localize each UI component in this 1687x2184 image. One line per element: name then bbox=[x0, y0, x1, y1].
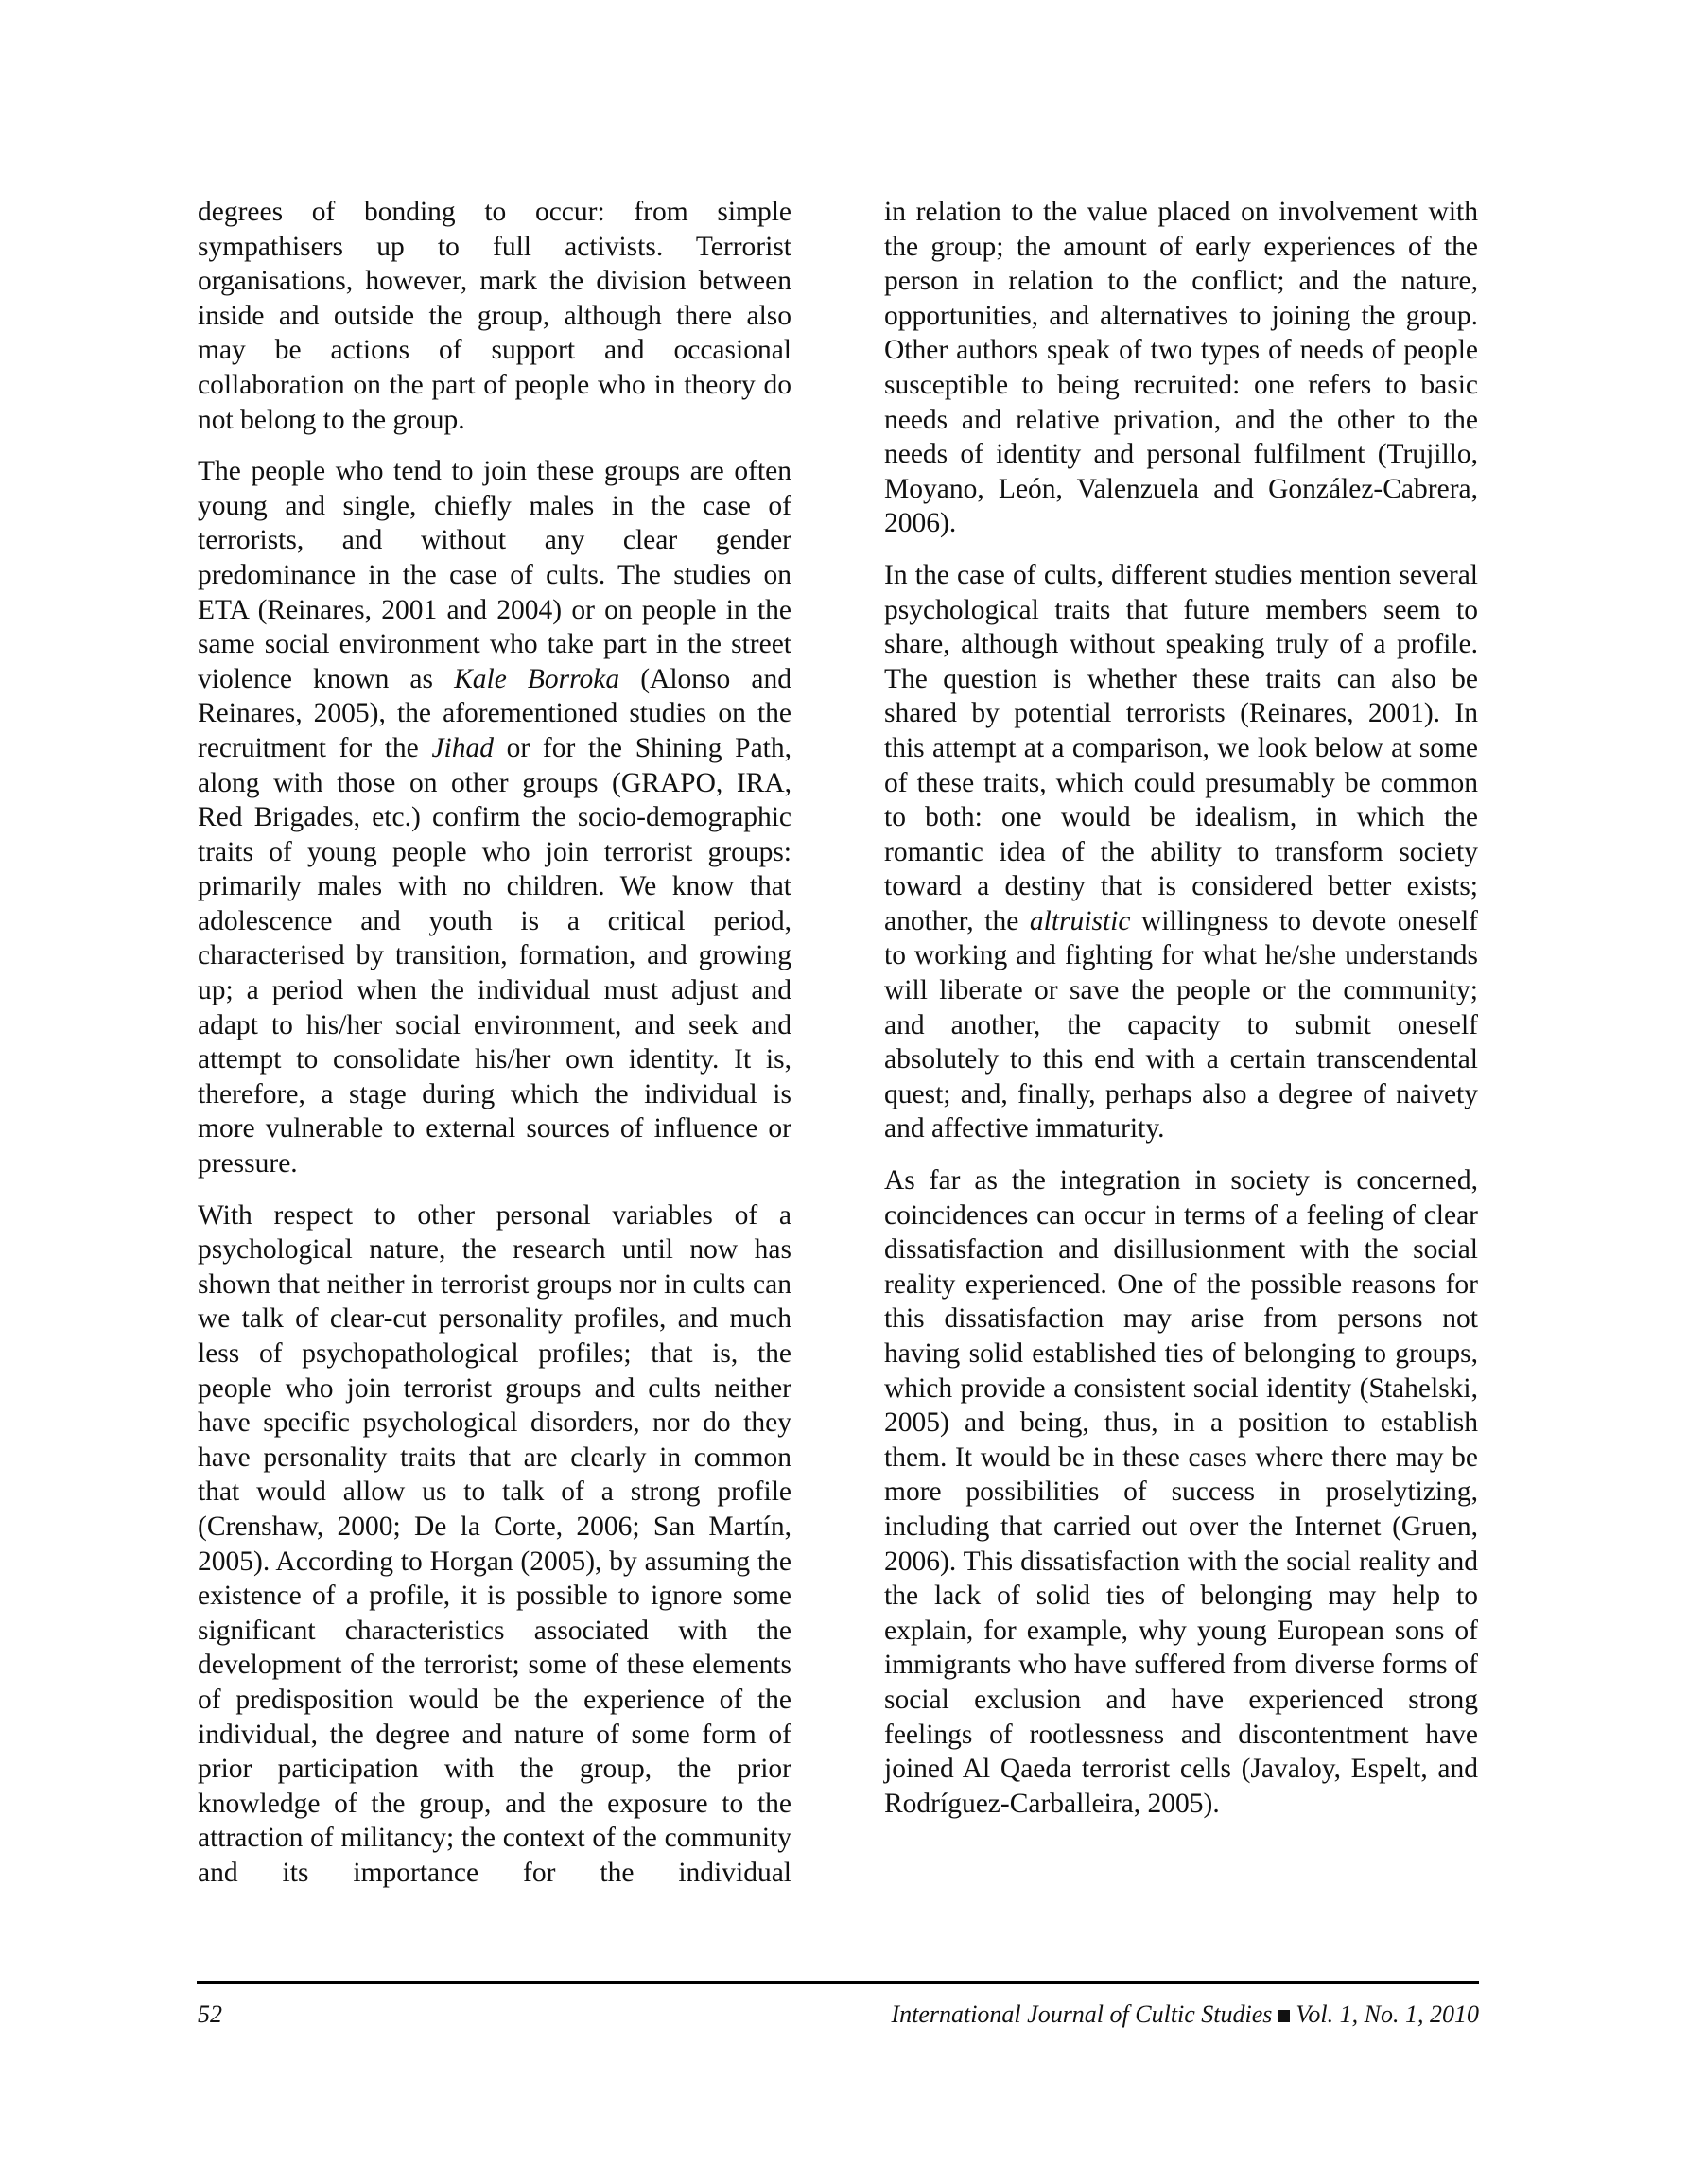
journal-citation: International Journal of Cultic StudiesV… bbox=[891, 2001, 1479, 2029]
paragraph: As far as the integration in society is … bbox=[884, 1163, 1478, 1821]
paragraph: in relation to the value placed on invol… bbox=[884, 195, 1478, 541]
journal-title: International Journal of Cultic Studies bbox=[891, 2001, 1272, 2028]
right-column: in relation to the value placed on invol… bbox=[884, 195, 1478, 1838]
page-number: 52 bbox=[198, 2001, 222, 2029]
square-separator-icon bbox=[1278, 2010, 1290, 2022]
italic-term: Kale Borroka bbox=[454, 664, 619, 694]
paragraph: In the case of cults, different studies … bbox=[884, 558, 1478, 1146]
left-column: degrees of bonding to occur: from simple… bbox=[198, 195, 791, 1908]
paragraph: The people who tend to join these groups… bbox=[198, 454, 791, 1180]
paragraph: degrees of bonding to occur: from simple… bbox=[198, 195, 791, 437]
italic-term: altruistic bbox=[1030, 906, 1131, 936]
italic-term: Jihad bbox=[431, 733, 494, 763]
paragraph-text: or for the Shining Path, along with thos… bbox=[198, 733, 791, 1179]
footer-rule bbox=[197, 1981, 1479, 1984]
paragraph-text: The people who tend to join these groups… bbox=[198, 456, 791, 694]
paragraph-text: In the case of cults, different studies … bbox=[884, 560, 1478, 936]
journal-issue: Vol. 1, No. 1, 2010 bbox=[1296, 2001, 1479, 2028]
paragraph: With respect to other personal variables… bbox=[198, 1198, 791, 1891]
paragraph-text: willingness to devote oneself to working… bbox=[884, 906, 1478, 1144]
